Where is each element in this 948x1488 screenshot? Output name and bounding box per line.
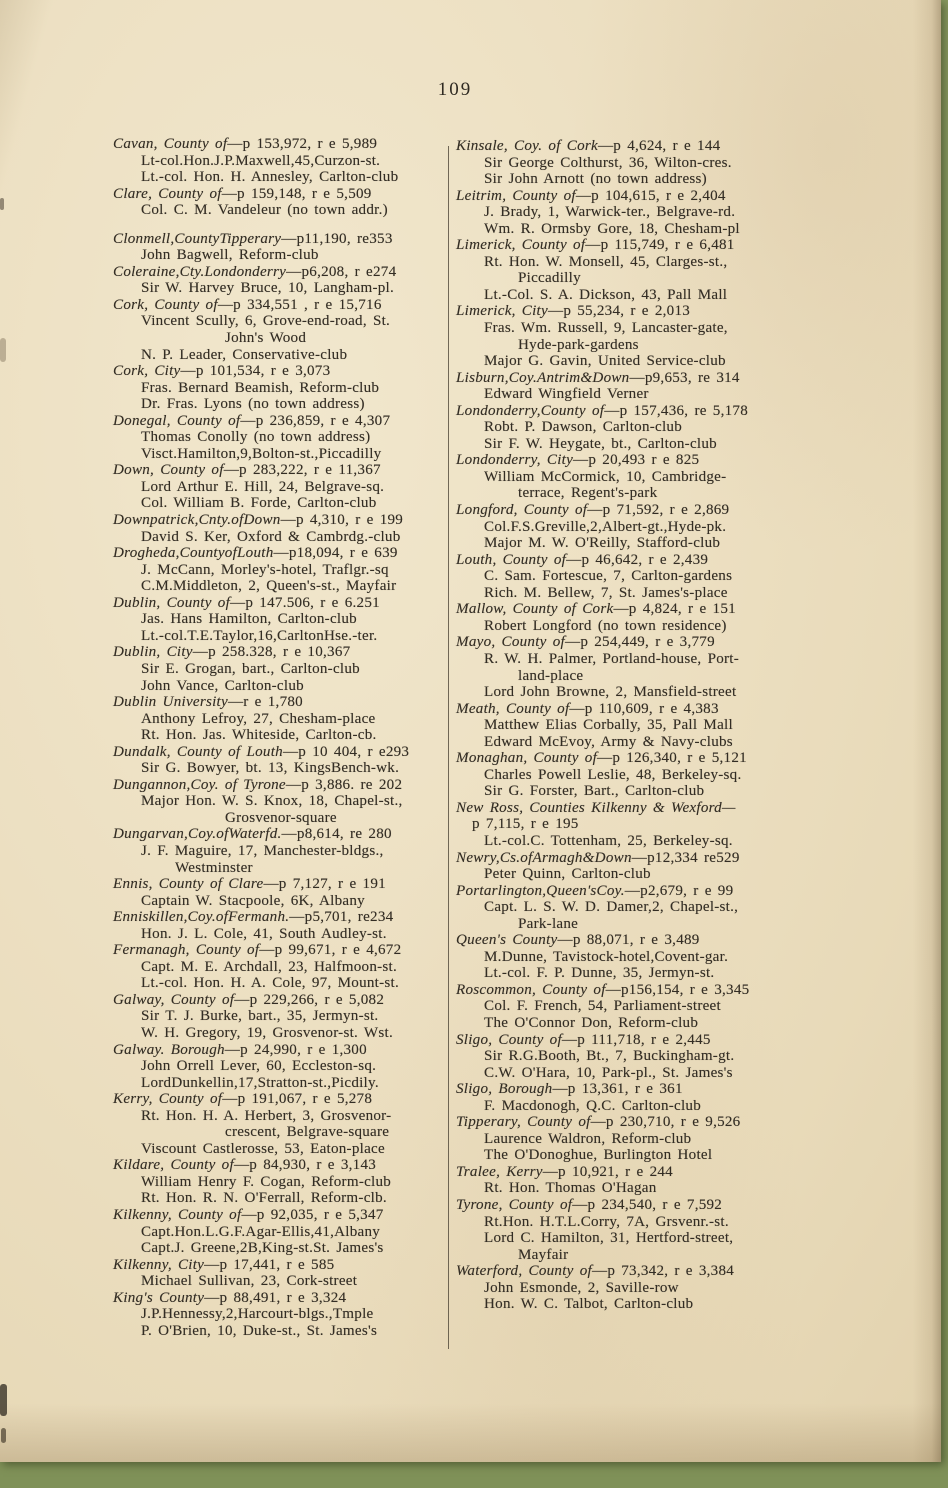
entry-member: Sir R.G.Booth, Bt., 7, Buckingham-gt. (456, 1048, 792, 1065)
entry-member: Major M. W. O'Reilly, Stafford-club (456, 535, 792, 552)
entry-header: Kerry, County of—p 191,067, r e 5,278 (113, 1091, 449, 1108)
entry-member: Sir G. Forster, Bart., Carlton-club (456, 783, 792, 800)
entry-header: Londonderry, City—p 20,493 r e 825 (456, 452, 792, 469)
entry-member: John Vance, Carlton-club (113, 678, 449, 695)
entry-header: Kilkenny, City—p 17,441, r e 585 (113, 1257, 449, 1274)
entry-header: Sligo, County of—p 111,718, r e 2,445 (456, 1032, 792, 1049)
county-name: Galway, County of (113, 992, 234, 1008)
population-electors-stats: —p 254,449, r e 3,779 (565, 634, 715, 650)
county-name: Kilkenny, City (113, 1257, 204, 1273)
entry-member: Lt.-Col. S. A. Dickson, 43, Pall Mall (456, 287, 792, 304)
population-electors-stats: —p 230,710, r e 9,526 (591, 1114, 741, 1130)
population-electors-stats: —p 4,624, r e 144 (598, 138, 721, 154)
county-name: New Ross, Counties Kilkenny & Wexford— (456, 800, 736, 816)
entry-header: Clare, County of—p 159,148, r e 5,509 (113, 186, 449, 203)
population-electors-stats: —p 101,534, r e 3,073 (181, 363, 331, 379)
population-electors-stats: —p 234,540, r e 7,592 (572, 1197, 722, 1213)
county-name: Longford, County of (456, 502, 587, 518)
entry-header: Leitrim, County of—p 104,615, r e 2,404 (456, 188, 792, 205)
county-name: Clare, County of (113, 186, 222, 202)
population-electors-stats: —p 84,930, r e 3,143 (234, 1157, 376, 1173)
population-electors-stats: —p 258.328, r e 10,367 (193, 644, 351, 660)
entry-header: Dungannon,Coy. of Tyrone—p 3,886. re 202 (113, 777, 449, 794)
population-electors-stats: —p8,614, re 280 (282, 826, 392, 842)
population-electors-stats: —p 157,436, re 5,178 (604, 403, 748, 419)
entry-member: Robt. P. Dawson, Carlton-club (456, 419, 792, 436)
entry-member: LordDunkellin,17,Stratton-st.,Picdily. (113, 1075, 449, 1092)
entry-member: W. H. Gregory, 19, Grosvenor-st. Wst. (113, 1025, 449, 1042)
entry-header: Ennis, County of Clare—p 7,127, r e 191 (113, 876, 449, 893)
entry-member: J. McCann, Morley's-hotel, Traflgr.-sq (113, 562, 449, 579)
entry-member: John Esmonde, 2, Saville-row (456, 1280, 792, 1297)
entry-member: F. Macdonogh, Q.C. Carlton-club (456, 1098, 792, 1115)
county-name: Kinsale, Coy. of Cork (456, 138, 598, 154)
entry-member: Capt. L. S. W. D. Damer,2, Chapel-st., (456, 899, 792, 916)
entry-header-continuation: p 7,115, r e 195 (456, 816, 792, 833)
entry-member: Sir John Arnott (no town address) (456, 171, 792, 188)
entry-member: Lt.-col.T.E.Taylor,16,CarltonHse.-ter. (113, 628, 449, 645)
entry-header: Tyrone, County of—p 234,540, r e 7,592 (456, 1197, 792, 1214)
population-electors-stats: —p2,679, r e 99 (625, 883, 734, 899)
entry-member: Visct.Hamilton,9,Bolton-st.,Piccadilly (113, 446, 449, 463)
population-electors-stats: —p9,653, re 314 (629, 370, 739, 386)
entry-member: Sir W. Harvey Bruce, 10, Langham-pl. (113, 280, 449, 297)
column-right: Kinsale, Coy. of Cork—p 4,624, r e 144Si… (456, 138, 792, 1313)
entry-header: Dublin, City—p 258.328, r e 10,367 (113, 644, 449, 661)
population-electors-stats: —p 153,972, r e 5,989 (227, 136, 377, 152)
population-electors-stats: —p156,154, r e 3,345 (606, 982, 750, 998)
county-name: Queen's County (456, 932, 557, 948)
county-name: Fermanagh, County of (113, 942, 259, 958)
entry-member: Rich. M. Bellew, 7, St. James's-place (456, 585, 792, 602)
population-electors-stats: —p 10 404, r e293 (283, 744, 409, 760)
population-electors-stats: —p 110,609, r e 4,383 (569, 701, 718, 717)
entry-member: Sir George Colthurst, 36, Wilton-cres. (456, 155, 792, 172)
entry-header: Coleraine,Cty.Londonderry—p6,208, r e274 (113, 264, 449, 281)
population-electors-stats: —p11,190, re353 (281, 231, 392, 247)
entry-header: Limerick, County of—p 115,749, r e 6,481 (456, 237, 792, 254)
population-electors-stats: —p 126,340, r e 5,121 (597, 750, 747, 766)
paper-page: 109 Cavan, County of—p 153,972, r e 5,98… (0, 0, 941, 1462)
population-electors-stats: —p 4,824, r e 151 (613, 601, 736, 617)
entry-header: Galway. Borough—p 24,990, r e 1,300 (113, 1042, 449, 1059)
population-electors-stats: —p 55,234, r e 2,013 (548, 303, 690, 319)
population-electors-stats: —p 147.506, r e 6.251 (230, 595, 380, 611)
county-name: Coleraine,Cty.Londonderry (113, 264, 286, 280)
population-electors-stats: —p 334,551 , r e 15,716 (218, 297, 382, 313)
county-name: Waterford, County of (456, 1263, 592, 1279)
county-name: Downpatrick,Cnty.ofDown (113, 512, 281, 528)
entry-member: Rt. Hon. H. A. Herbert, 3, Grosvenor- (113, 1108, 449, 1125)
entry-header: Dublin University—r e 1,780 (113, 694, 449, 711)
entry-continuation: crescent, Belgrave-square (113, 1124, 449, 1141)
entry-header: Mallow, County of Cork—p 4,824, r e 151 (456, 601, 792, 618)
entry-member: Capt.J. Greene,2B,King-st.St. James's (113, 1240, 449, 1257)
county-name: Clonmell,CountyTipperary (113, 231, 281, 247)
entry-member: William Henry F. Cogan, Reform-club (113, 1174, 449, 1191)
county-name: Tipperary, County of (456, 1114, 591, 1130)
population-electors-stats: —p 283,222, r e 11,367 (224, 462, 381, 478)
entry-header: Waterford, County of—p 73,342, r e 3,384 (456, 1263, 792, 1280)
entry-member: Rt. Hon. Thomas O'Hagan (456, 1180, 792, 1197)
entry-member: Edward Wingfield Verner (456, 386, 792, 403)
county-name: Sligo, County of (456, 1032, 562, 1048)
entry-header: Cavan, County of—p 153,972, r e 5,989 (113, 136, 449, 153)
entry-member: Rt. Hon. W. Monsell, 45, Clarges-st., (456, 254, 792, 271)
entry-member: Edward McEvoy, Army & Navy-clubs (456, 734, 792, 751)
entry-member: William McCormick, 10, Cambridge- (456, 469, 792, 486)
population-electors-stats: —p 71,592, r e 2,869 (587, 502, 729, 518)
population-electors-stats: —p 236,859, r e 4,307 (240, 413, 390, 429)
entry-header: Downpatrick,Cnty.ofDown—p 4,310, r e 199 (113, 512, 449, 529)
county-name: Cork, City (113, 363, 181, 379)
entry-header: Cork, County of—p 334,551 , r e 15,716 (113, 297, 449, 314)
population-electors-stats: —p 10,921, r e 244 (543, 1164, 673, 1180)
entry-header: Fermanagh, County of—p 99,671, r e 4,672 (113, 942, 449, 959)
county-name: Ennis, County of Clare (113, 876, 263, 892)
entry-header: Queen's County—p 88,071, r e 3,489 (456, 932, 792, 949)
entry-member: P. O'Brien, 10, Duke-st., St. James's (113, 1323, 449, 1340)
population-electors-stats: —p 20,493 r e 825 (573, 452, 699, 468)
entry-header: Louth, County of—p 46,642, r e 2,439 (456, 552, 792, 569)
county-name: Dublin, County of (113, 595, 230, 611)
population-electors-stats: —p 99,671, r e 4,672 (259, 942, 401, 958)
entry-member: Major Hon. W. S. Knox, 18, Chapel-st., (113, 793, 449, 810)
population-electors-stats: —p 92,035, r e 5,347 (241, 1207, 383, 1223)
population-electors-stats: —p 104,615, r e 2,404 (576, 188, 726, 204)
county-name: Enniskillen,Coy.ofFermanh. (113, 909, 289, 925)
county-name: Drogheda,CountyofLouth (113, 545, 274, 561)
county-name: Sligo, Borough (456, 1081, 552, 1097)
entry-member: John Orrell Lever, 60, Eccleston-sq. (113, 1058, 449, 1075)
ink-smudge (0, 1384, 7, 1416)
ink-smudge (0, 338, 6, 362)
entry-member: Lt.-col. F. P. Dunne, 35, Jermyn-st. (456, 965, 792, 982)
population-electors-stats: —p 159,148, r e 5,509 (222, 186, 372, 202)
entry-member: David S. Ker, Oxford & Cambrdg.-club (113, 529, 449, 546)
entry-header: New Ross, Counties Kilkenny & Wexford— (456, 800, 792, 817)
population-electors-stats: —p 111,718, r e 2,445 (562, 1032, 711, 1048)
entry-member: Viscount Castlerosse, 53, Eaton-place (113, 1141, 449, 1158)
entry-header: Tipperary, County of—p 230,710, r e 9,52… (456, 1114, 792, 1131)
entry-member: Laurence Waldron, Reform-club (456, 1131, 792, 1148)
entry-member: John Bagwell, Reform-club (113, 247, 449, 264)
entry-continuation: Westminster (113, 860, 449, 877)
population-electors-stats: —p 115,749, r e 6,481 (585, 237, 734, 253)
entry-continuation: Park-lane (456, 916, 792, 933)
entry-continuation: John's Wood (113, 330, 449, 347)
entry-member: J.P.Hennessy,2,Harcourt-blgs.,Tmple (113, 1306, 449, 1323)
county-name: Dungarvan,Coy.ofWaterfd. (113, 826, 282, 842)
county-name: Meath, County of (456, 701, 569, 717)
population-electors-stats: —p 88,491, r e 3,324 (204, 1290, 346, 1306)
ink-smudge (1, 1428, 6, 1443)
population-electors-stats: —p 13,361, r e 361 (552, 1081, 682, 1097)
entry-member: Sir E. Grogan, bart., Carlton-club (113, 661, 449, 678)
entry-header: Sligo, Borough—p 13,361, r e 361 (456, 1081, 792, 1098)
entry-header: Dublin, County of—p 147.506, r e 6.251 (113, 595, 449, 612)
entry-member: Col. William B. Forde, Carlton-club (113, 495, 449, 512)
county-name: Kerry, County of (113, 1091, 222, 1107)
entry-continuation: Grosvenor-square (113, 810, 449, 827)
entry-member: Fras. Wm. Russell, 9, Lancaster-gate, (456, 320, 792, 337)
entry-header: Dundalk, County of Louth—p 10 404, r e29… (113, 744, 449, 761)
county-name: Monaghan, County of (456, 750, 597, 766)
county-name: Dundalk, County of Louth (113, 744, 283, 760)
entry-member: Hon. W. C. Talbot, Carlton-club (456, 1296, 792, 1313)
entry-member: Wm. R. Ormsby Gore, 18, Chesham-pl (456, 221, 792, 238)
entry-header: Portarlington,Queen'sCoy.—p2,679, r e 99 (456, 883, 792, 900)
entry-header: Meath, County of—p 110,609, r e 4,383 (456, 701, 792, 718)
entry-member: Robert Longford (no town residence) (456, 618, 792, 635)
population-electors-stats: —p 7,127, r e 191 (263, 876, 386, 892)
entry-member: Major G. Gavin, United Service-club (456, 353, 792, 370)
entry-member: Lt-col.Hon.J.P.Maxwell,45,Curzon-st. (113, 153, 449, 170)
entry-member: Lt.-col. Hon. H. Annesley, Carlton-club (113, 169, 449, 186)
county-name: Mayo, County of (456, 634, 565, 650)
population-electors-stats: —p 17,441, r e 585 (204, 1257, 334, 1273)
population-electors-stats: —p6,208, r e274 (286, 264, 396, 280)
entry-member: C. Sam. Fortescue, 7, Carlton-gardens (456, 568, 792, 585)
entry-header: Limerick, City—p 55,234, r e 2,013 (456, 303, 792, 320)
entry-member: Col. F. French, 54, Parliament-street (456, 998, 792, 1015)
population-electors-stats: —p18,094, r e 639 (274, 545, 398, 561)
county-name: Londonderry,County of (456, 403, 604, 419)
entry-member: Anthony Lefroy, 27, Chesham-place (113, 711, 449, 728)
entry-member: Col.F.S.Greville,2,Albert-gt.,Hyde-pk. (456, 519, 792, 536)
entry-member: Col. C. M. Vandeleur (no town addr.) (113, 202, 449, 219)
entry-header: Newry,Cs.ofArmagh&Down—p12,334 re529 (456, 850, 792, 867)
entry-header: Tralee, Kerry—p 10,921, r e 244 (456, 1164, 792, 1181)
county-name: Galway. Borough (113, 1042, 225, 1058)
entry-header: Kildare, County of—p 84,930, r e 3,143 (113, 1157, 449, 1174)
entry-member: Captain W. Stacpoole, 6K, Albany (113, 893, 449, 910)
county-name: Dublin, City (113, 644, 193, 660)
scanned-book-page: { "page_number": "109", "colors": { "pap… (0, 0, 948, 1488)
entry-member: Lord John Browne, 2, Mansfield-street (456, 684, 792, 701)
entry-member: Thomas Conolly (no town address) (113, 429, 449, 446)
population-electors-stats: —p 3,886. re 202 (286, 777, 402, 793)
county-name: Lisburn,Coy.Antrim&Down (456, 370, 629, 386)
population-electors-stats: —p 229,266, r e 5,082 (234, 992, 384, 1008)
population-electors-stats: —p12,334 re529 (632, 850, 740, 866)
county-name: Tralee, Kerry (456, 1164, 543, 1180)
entry-header: Longford, County of—p 71,592, r e 2,869 (456, 502, 792, 519)
county-name: Limerick, City (456, 303, 548, 319)
entry-header: Drogheda,CountyofLouth—p18,094, r e 639 (113, 545, 449, 562)
county-name: Dungannon,Coy. of Tyrone (113, 777, 286, 793)
population-electors-stats: —p 46,642, r e 2,439 (566, 552, 708, 568)
entry-header: Mayo, County of—p 254,449, r e 3,779 (456, 634, 792, 651)
entry-member: Charles Powell Leslie, 48, Berkeley-sq. (456, 767, 792, 784)
entry-member: C.W. O'Hara, 10, Park-pl., St. James's (456, 1065, 792, 1082)
entry-member: The O'Donoghue, Burlington Hotel (456, 1147, 792, 1164)
entry-member: The O'Connor Don, Reform-club (456, 1015, 792, 1032)
entry-member: Hon. J. L. Cole, 41, South Audley-st. (113, 926, 449, 943)
population-electors-stats: —p5,701, re234 (289, 909, 393, 925)
county-name: Newry,Cs.ofArmagh&Down (456, 850, 632, 866)
entry-member: Rt. Hon. R. N. O'Ferrall, Reform-clb. (113, 1190, 449, 1207)
county-name: Louth, County of (456, 552, 566, 568)
entry-member: C.M.Middleton, 2, Queen's-st., Mayfair (113, 578, 449, 595)
entry-member: Sir G. Bowyer, bt. 13, KingsBench-wk. (113, 760, 449, 777)
entry-member: Dr. Fras. Lyons (no town address) (113, 396, 449, 413)
column-left: Cavan, County of—p 153,972, r e 5,989Lt-… (113, 136, 449, 1339)
county-name: Kilkenny, County of (113, 1207, 241, 1223)
entry-header: Dungarvan,Coy.ofWaterfd.—p8,614, re 280 (113, 826, 449, 843)
county-name: Roscommon, County of (456, 982, 606, 998)
county-name: Tyrone, County of (456, 1197, 572, 1213)
entry-header: Clonmell,CountyTipperary—p11,190, re353 (113, 231, 449, 248)
entry-header: Enniskillen,Coy.ofFermanh.—p5,701, re234 (113, 909, 449, 926)
ink-smudge (0, 198, 4, 210)
entry-header: Londonderry,County of—p 157,436, re 5,17… (456, 403, 792, 420)
entry-member: Lord C. Hamilton, 31, Hertford-street, (456, 1230, 792, 1247)
entry-continuation: terrace, Regent's-park (456, 485, 792, 502)
entry-continuation: Piccadilly (456, 270, 792, 287)
county-name: King's County (113, 1290, 204, 1306)
entry-member: J. Brady, 1, Warwick-ter., Belgrave-rd. (456, 204, 792, 221)
entry-member: N. P. Leader, Conservative-club (113, 347, 449, 364)
county-name: Down, County of (113, 462, 224, 478)
entry-member: Michael Sullivan, 23, Cork-street (113, 1273, 449, 1290)
county-name: Dublin University (113, 694, 228, 710)
entry-member: Matthew Elias Corbally, 35, Pall Mall (456, 717, 792, 734)
entry-member: Capt. M. E. Archdall, 23, Halfmoon-st. (113, 959, 449, 976)
entry-header: Kinsale, Coy. of Cork—p 4,624, r e 144 (456, 138, 792, 155)
page-number: 109 (425, 79, 485, 101)
entry-header: Kilkenny, County of—p 92,035, r e 5,347 (113, 1207, 449, 1224)
population-electors-stats: —r e 1,780 (228, 694, 303, 710)
entry-member: Sir F. W. Heygate, bt., Carlton-club (456, 436, 792, 453)
county-name: Cavan, County of (113, 136, 227, 152)
entry-member: Fras. Bernard Beamish, Reform-club (113, 380, 449, 397)
entry-member: Vincent Scully, 6, Grove-end-road, St. (113, 313, 449, 330)
entry-member: Lt.-col.C. Tottenham, 25, Berkeley-sq. (456, 833, 792, 850)
county-name: Leitrim, County of (456, 188, 576, 204)
entry-continuation: land-place (456, 668, 792, 685)
entry-gap (113, 219, 449, 231)
county-name: Cork, County of (113, 297, 218, 313)
county-name: Kildare, County of (113, 1157, 234, 1173)
county-name: Portarlington,Queen'sCoy. (456, 883, 625, 899)
entry-header: King's County—p 88,491, r e 3,324 (113, 1290, 449, 1307)
entry-member: J. F. Maguire, 17, Manchester-bldgs., (113, 843, 449, 860)
county-name: Limerick, County of (456, 237, 585, 253)
entry-member: Rt. Hon. Jas. Whiteside, Carlton-cb. (113, 727, 449, 744)
county-name: Mallow, County of Cork (456, 601, 613, 617)
entry-member: M.Dunne, Tavistock-hotel,Covent-gar. (456, 949, 792, 966)
entry-continuation: Hyde-park-gardens (456, 337, 792, 354)
entry-member: Sir T. J. Burke, bart., 35, Jermyn-st. (113, 1008, 449, 1025)
entry-header: Lisburn,Coy.Antrim&Down—p9,653, re 314 (456, 370, 792, 387)
county-name: Donegal, County of (113, 413, 240, 429)
entry-member: Rt.Hon. H.T.L.Corry, 7A, Grsvenr.-st. (456, 1214, 792, 1231)
population-electors-stats: —p 4,310, r e 199 (281, 512, 404, 528)
entry-header: Roscommon, County of—p156,154, r e 3,345 (456, 982, 792, 999)
entry-member: Capt.Hon.L.G.F.Agar-Ellis,41,Albany (113, 1224, 449, 1241)
population-electors-stats: —p 88,071, r e 3,489 (557, 932, 699, 948)
entry-member: Peter Quinn, Carlton-club (456, 866, 792, 883)
entry-header: Monaghan, County of—p 126,340, r e 5,121 (456, 750, 792, 767)
entry-header: Donegal, County of—p 236,859, r e 4,307 (113, 413, 449, 430)
population-electors-stats: —p 191,067, r e 5,278 (222, 1091, 372, 1107)
population-electors-stats: —p 24,990, r e 1,300 (225, 1042, 367, 1058)
entry-member: R. W. H. Palmer, Portland-house, Port- (456, 651, 792, 668)
entry-member: Lt.-col. Hon. H. A. Cole, 97, Mount-st. (113, 975, 449, 992)
entry-member: Lord Arthur E. Hill, 24, Belgrave-sq. (113, 479, 449, 496)
entry-header: Galway, County of—p 229,266, r e 5,082 (113, 992, 449, 1009)
county-name: Londonderry, City (456, 452, 573, 468)
entry-header: Cork, City—p 101,534, r e 3,073 (113, 363, 449, 380)
entry-continuation: Mayfair (456, 1247, 792, 1264)
entry-member: Jas. Hans Hamilton, Carlton-club (113, 611, 449, 628)
entry-header: Down, County of—p 283,222, r e 11,367 (113, 462, 449, 479)
population-electors-stats: —p 73,342, r e 3,384 (592, 1263, 734, 1279)
